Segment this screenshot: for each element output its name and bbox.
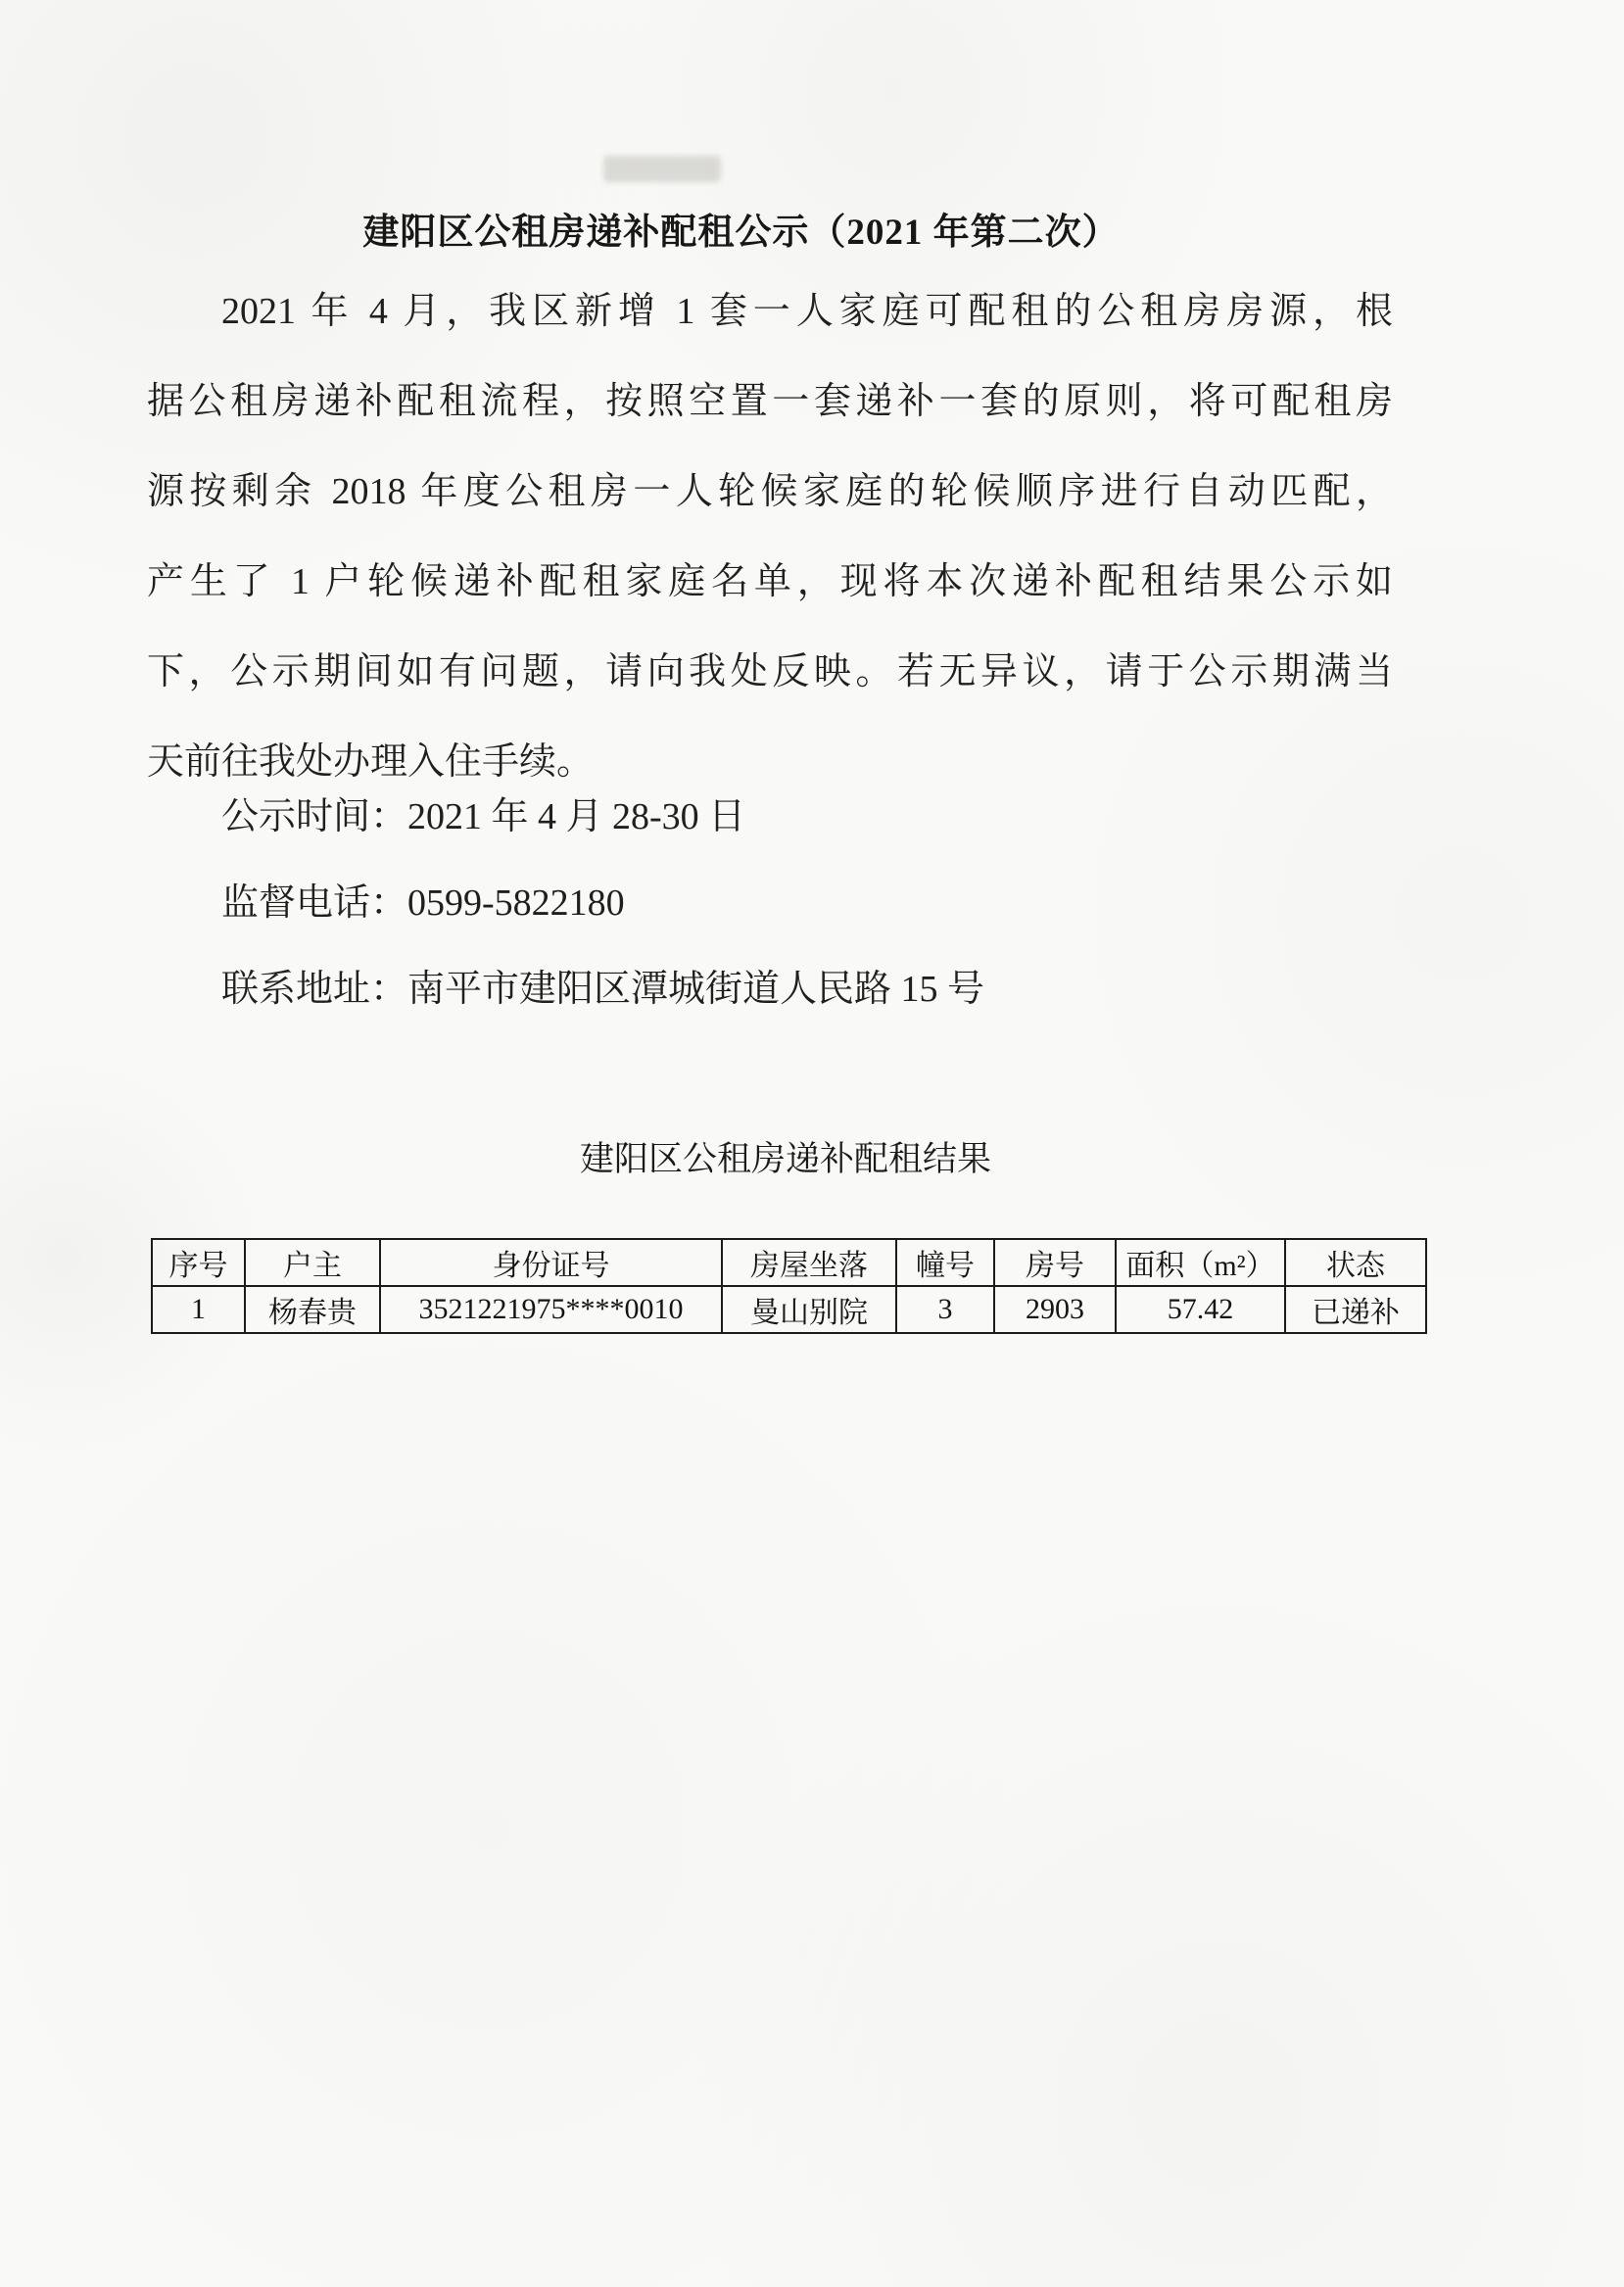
cell-id-number: 3521221975****0010 <box>380 1286 722 1333</box>
header-cell-building: 幢号 <box>896 1239 994 1286</box>
document-title: 建阳区公租房递补配租公示（2021 年第二次） <box>147 202 1335 255</box>
body-line: 源按剩余 2018 年度公租房一人轮候家庭的轮候顺序进行自动匹配， <box>147 447 1393 537</box>
body-paragraph: 2021 年 4 月，我区新增 1 套一人家庭可配租的公租房房源，根 据公租房递… <box>147 266 1393 807</box>
header-cell-room: 房号 <box>994 1239 1116 1286</box>
header-cell-area: 面积（m²） <box>1116 1239 1285 1286</box>
scan-smudge-mark <box>603 156 721 182</box>
contact-info-block: 公示时间：2021 年 4 月 28-30 日 监督电话：0599-582218… <box>147 774 1393 1032</box>
table-row: 1 杨春贵 3521221975****0010 曼山别院 3 2903 57.… <box>152 1286 1426 1333</box>
info-line-publicity-period: 公示时间：2021 年 4 月 28-30 日 <box>147 774 1393 860</box>
cell-index: 1 <box>152 1286 245 1333</box>
header-cell-status: 状态 <box>1285 1239 1426 1286</box>
cell-building: 3 <box>896 1286 994 1333</box>
table-title: 建阳区公租房递补配租结果 <box>147 1132 1424 1181</box>
header-cell-id-number: 身份证号 <box>380 1239 722 1286</box>
cell-location: 曼山别院 <box>722 1286 896 1333</box>
cell-owner: 杨春贵 <box>245 1286 380 1333</box>
header-cell-location: 房屋坐落 <box>722 1239 896 1286</box>
scanned-document-page: 建阳区公租房递补配租公示（2021 年第二次） 2021 年 4 月，我区新增 … <box>0 0 1624 2287</box>
info-line-contact-address: 联系地址：南平市建阳区潭城街道人民路 15 号 <box>147 946 1393 1032</box>
cell-status: 已递补 <box>1285 1286 1426 1333</box>
cell-room: 2903 <box>994 1286 1116 1333</box>
header-cell-index: 序号 <box>152 1239 245 1286</box>
table-header-row: 序号 户主 身份证号 房屋坐落 幢号 房号 面积（m²） 状态 <box>152 1239 1426 1286</box>
header-cell-owner: 户主 <box>245 1239 380 1286</box>
body-line: 据公租房递补配租流程，按照空置一套递补一套的原则，将可配租房 <box>147 357 1393 447</box>
results-table: 序号 户主 身份证号 房屋坐落 幢号 房号 面积（m²） 状态 1 杨春贵 35… <box>151 1238 1427 1334</box>
body-line: 产生了 1 户轮候递补配租家庭名单，现将本次递补配租结果公示如 <box>147 537 1393 627</box>
cell-area: 57.42 <box>1116 1286 1285 1333</box>
body-line: 下，公示期间如有问题，请向我处反映。若无异议，请于公示期满当 <box>147 627 1393 717</box>
info-line-supervision-phone: 监督电话：0599-5822180 <box>147 860 1393 946</box>
body-line: 2021 年 4 月，我区新增 1 套一人家庭可配租的公租房房源，根 <box>147 266 1393 357</box>
